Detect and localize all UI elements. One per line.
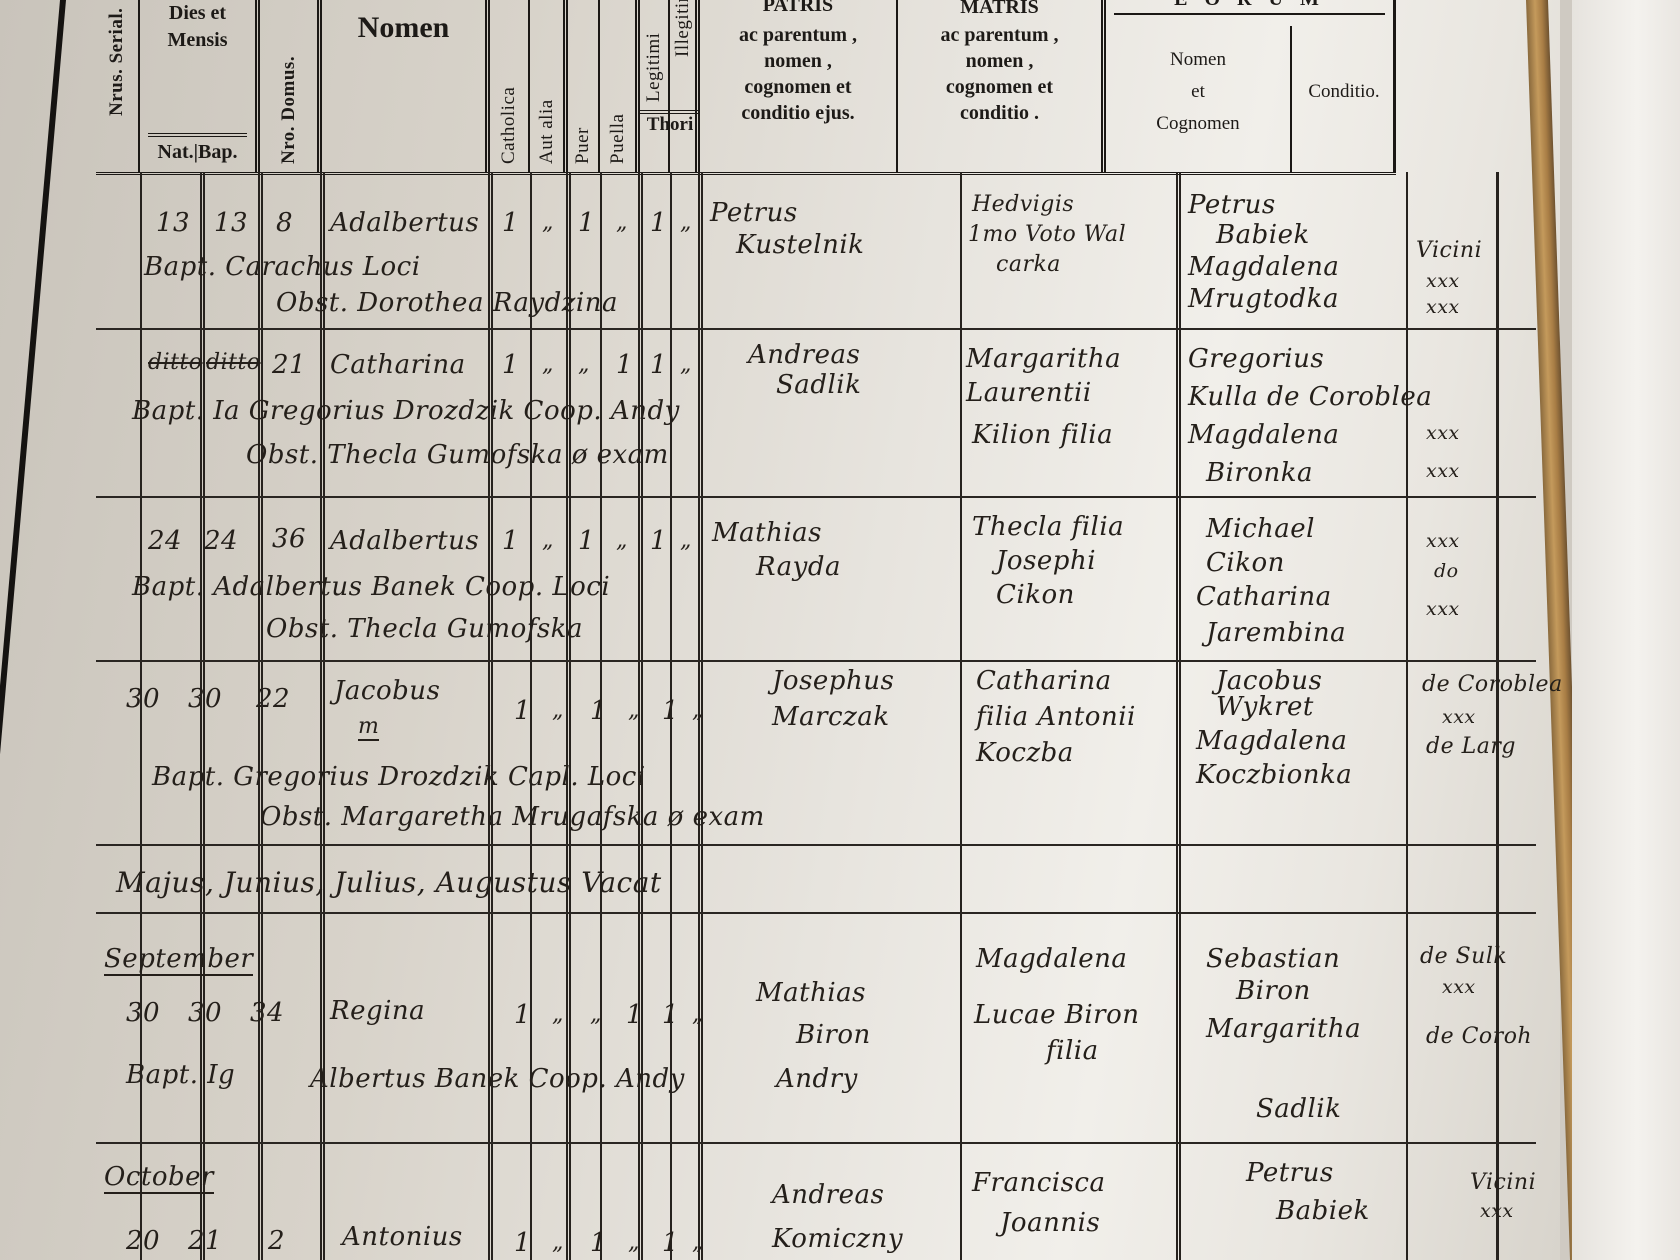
header-aut-alia: Aut alia: [530, 0, 568, 172]
header-nro-domus: Nro. Domus.: [260, 0, 322, 172]
header-catholica: Catholica: [490, 0, 530, 172]
header-nr-serial: Nrus. Serial.: [96, 0, 140, 172]
register-entry: ditto ditto 21 Catharina 1 „ „ 1 1 „ Bap…: [96, 330, 1536, 498]
header-nomen-cognomen: Nomen et Cognomen: [1106, 26, 1292, 172]
header-conditio: Conditio.: [1292, 26, 1396, 172]
register-entry: 30 30 22 Jacobus m 1 „ 1 „ 1 „ Bapt. Gre…: [96, 662, 1536, 846]
header-illegitimi: Illegitimi: [670, 0, 700, 172]
header-dies-mensis: Dies et Mensis Nat.|Bap.: [140, 0, 260, 172]
baptism-register-table: Nrus. Serial. Dies et Mensis Nat.|Bap. N…: [96, 0, 1536, 1260]
register-entry: 13 13 8 Adalbertus 1 „ 1 „ 1 „ Bapt. Car…: [96, 180, 1536, 330]
header-thori: Thori: [640, 110, 700, 136]
header-puer: Puer: [568, 0, 600, 172]
header-matris: MATRIS ac parentum , nomen , cognomen et…: [898, 0, 1106, 172]
register-entry: 24 24 36 Adalbertus 1 „ 1 „ 1 „ Bapt. Ad…: [96, 498, 1536, 662]
register-entry-october: October 20 21 2 Antonius 1 „ 1 „ 1 „ And…: [96, 1144, 1536, 1260]
header-nomen: Nomen: [322, 0, 490, 172]
facing-page-edge: [1572, 0, 1680, 1260]
register-entry-september: September 30 30 34 Regina 1 „ „ 1 1 „ Ba…: [96, 914, 1536, 1144]
header-patris: PATRIS ac parentum , nomen , cognomen et…: [700, 0, 898, 172]
vacat-row: Majus, Junius, Julius, Augustus Vacat: [96, 846, 1536, 914]
header-puella: Puella: [600, 0, 640, 172]
header-legitimi: Legitimi: [640, 0, 670, 172]
header-nat-bap: Nat.|Bap.: [148, 133, 247, 164]
